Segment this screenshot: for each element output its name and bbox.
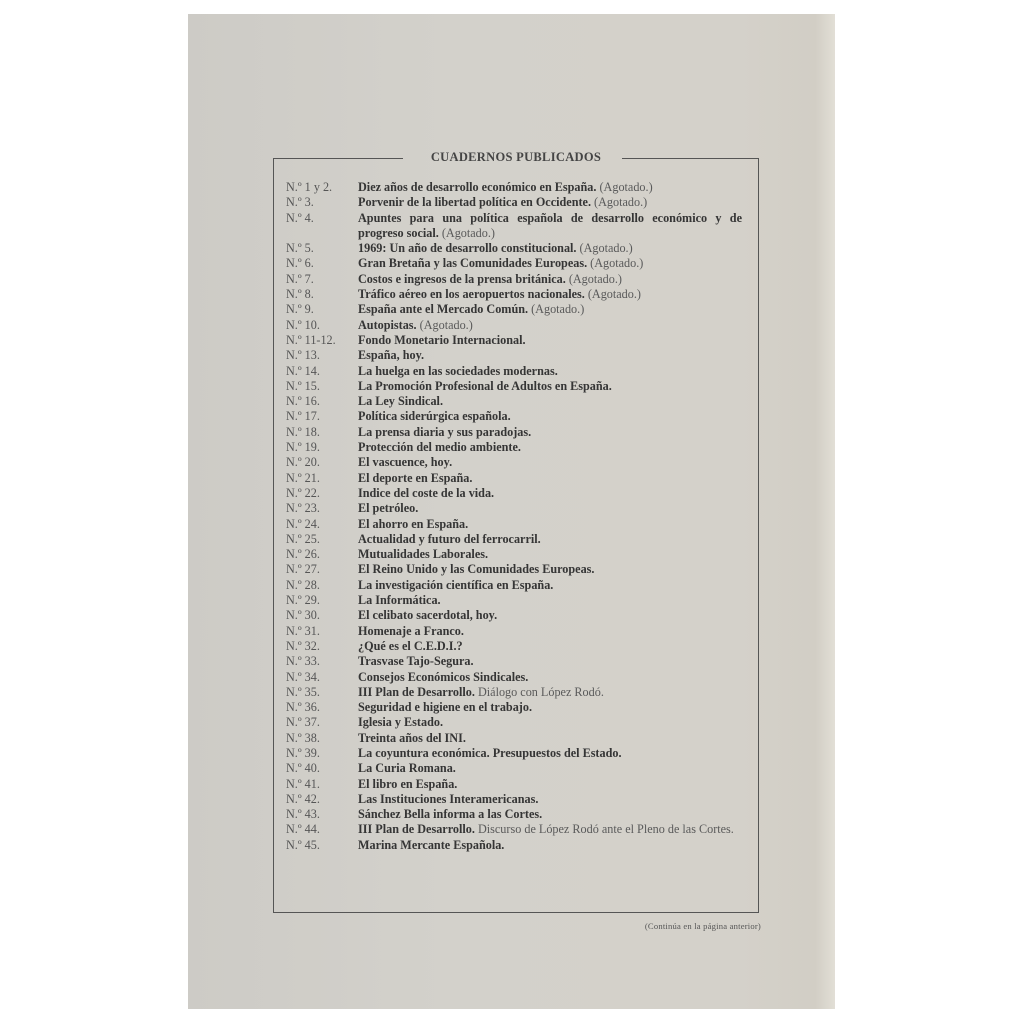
issue-entry: El libro en España. — [358, 777, 742, 792]
issue-number: N.º 9. — [286, 302, 358, 317]
list-item: N.º 14. La huelga en las sociedades mode… — [286, 364, 742, 379]
issue-title: La investigación científica en España. — [358, 578, 553, 592]
issue-entry: La huelga en las sociedades modernas. — [358, 364, 742, 379]
list-item: N.º 4. Apuntes para una política español… — [286, 211, 742, 242]
issue-title: Tráfico aéreo en los aeropuertos naciona… — [358, 287, 585, 301]
issue-entry: Homenaje a Franco. — [358, 624, 742, 639]
issue-title: Las Instituciones Interamericanas. — [358, 792, 538, 806]
issue-number: N.º 5. — [286, 241, 358, 256]
issue-number: N.º 30. — [286, 608, 358, 623]
issue-title: Porvenir de la libertad política en Occi… — [358, 195, 591, 209]
book-page: CUADERNOS PUBLICADOS N.º 1 y 2. Diez año… — [188, 14, 835, 1009]
issue-title: Consejos Económicos Sindicales. — [358, 670, 528, 684]
issue-entry: El vascuence, hoy. — [358, 455, 742, 470]
list-item: N.º 21. El deporte en España. — [286, 471, 742, 486]
box-heading: CUADERNOS PUBLICADOS — [274, 150, 758, 165]
issue-note: (Agotado.) — [588, 287, 641, 301]
issue-number: N.º 10. — [286, 318, 358, 333]
issue-title: La coyuntura económica. Presupuestos del… — [358, 746, 622, 760]
list-item: N.º 43. Sánchez Bella informa a las Cort… — [286, 807, 742, 822]
issue-entry: Sánchez Bella informa a las Cortes. — [358, 807, 742, 822]
issue-entry: Porvenir de la libertad política en Occi… — [358, 195, 742, 210]
issue-entry: Las Instituciones Interamericanas. — [358, 792, 742, 807]
issue-number: N.º 20. — [286, 455, 358, 470]
publications-box: CUADERNOS PUBLICADOS N.º 1 y 2. Diez año… — [273, 158, 759, 913]
issue-number: N.º 25. — [286, 532, 358, 547]
issue-note: (Agotado.) — [569, 272, 622, 286]
list-item: N.º 23. El petróleo. — [286, 501, 742, 516]
issue-title: Autopistas. — [358, 318, 417, 332]
issue-title: Iglesia y Estado. — [358, 715, 443, 729]
issue-title: Mutualidades Laborales. — [358, 547, 488, 561]
issue-number: N.º 1 y 2. — [286, 180, 358, 195]
issue-number: N.º 17. — [286, 409, 358, 424]
issue-note: (Agotado.) — [590, 256, 643, 270]
issue-number: N.º 7. — [286, 272, 358, 287]
issue-entry: El petróleo. — [358, 501, 742, 516]
issue-entry: Tráfico aéreo en los aeropuertos naciona… — [358, 287, 742, 302]
issue-entry: La Promoción Profesional de Adultos en E… — [358, 379, 742, 394]
list-item: N.º 18. La prensa diaria y sus paradojas… — [286, 425, 742, 440]
list-item: N.º 1 y 2. Diez años de desarrollo econó… — [286, 180, 742, 195]
issue-number: N.º 41. — [286, 777, 358, 792]
issue-title: España ante el Mercado Común. — [358, 302, 528, 316]
list-item: N.º 42. Las Instituciones Interamericana… — [286, 792, 742, 807]
issue-number: N.º 22. — [286, 486, 358, 501]
issue-title: Política siderúrgica española. — [358, 409, 511, 423]
issue-number: N.º 16. — [286, 394, 358, 409]
issue-note: (Agotado.) — [594, 195, 647, 209]
issue-number: N.º 3. — [286, 195, 358, 210]
list-item: N.º 19. Protección del medio ambiente. — [286, 440, 742, 455]
list-item: N.º 45. Marina Mercante Española. — [286, 838, 742, 853]
issue-number: N.º 40. — [286, 761, 358, 776]
issue-entry: La Ley Sindical. — [358, 394, 742, 409]
issue-note: (Agotado.) — [531, 302, 584, 316]
issue-title: ¿Qué es el C.E.D.I.? — [358, 639, 463, 653]
issue-title: El celibato sacerdotal, hoy. — [358, 608, 497, 622]
issue-title: 1969: Un año de desarrollo constituciona… — [358, 241, 576, 255]
issue-number: N.º 44. — [286, 822, 358, 837]
list-item: N.º 25. Actualidad y futuro del ferrocar… — [286, 532, 742, 547]
issue-title: Apuntes para una política española de de… — [358, 211, 742, 240]
issue-entry: Actualidad y futuro del ferrocarril. — [358, 532, 742, 547]
issue-entry: Iglesia y Estado. — [358, 715, 742, 730]
issue-note: Diálogo con López Rodó. — [478, 685, 604, 699]
issue-number: N.º 39. — [286, 746, 358, 761]
list-item: N.º 20. El vascuence, hoy. — [286, 455, 742, 470]
continuation-note: (Continúa en la página anterior) — [645, 921, 761, 931]
list-item: N.º 9. España ante el Mercado Común. (Ag… — [286, 302, 742, 317]
issue-number: N.º 27. — [286, 562, 358, 577]
list-item: N.º 8. Tráfico aéreo en los aeropuertos … — [286, 287, 742, 302]
list-item: N.º 39. La coyuntura económica. Presupue… — [286, 746, 742, 761]
list-item: N.º 16. La Ley Sindical. — [286, 394, 742, 409]
list-item: N.º 35. III Plan de Desarrollo. Diálogo … — [286, 685, 742, 700]
publication-list: N.º 1 y 2. Diez años de desarrollo econó… — [286, 180, 742, 853]
list-item: N.º 44. III Plan de Desarrollo. Discurso… — [286, 822, 742, 837]
issue-title: La Curia Romana. — [358, 761, 456, 775]
list-item: N.º 17. Política siderúrgica española. — [286, 409, 742, 424]
issue-number: N.º 36. — [286, 700, 358, 715]
issue-title: Trasvase Tajo-Segura. — [358, 654, 474, 668]
issue-entry: La Informática. — [358, 593, 742, 608]
issue-title: España, hoy. — [358, 348, 424, 362]
issue-title: La Informática. — [358, 593, 441, 607]
issue-title: La Promoción Profesional de Adultos en E… — [358, 379, 612, 393]
issue-number: N.º 45. — [286, 838, 358, 853]
issue-number: N.º 42. — [286, 792, 358, 807]
issue-title: El libro en España. — [358, 777, 457, 791]
issue-title: Seguridad e higiene en el trabajo. — [358, 700, 532, 714]
issue-note: (Agotado.) — [600, 180, 653, 194]
issue-entry: 1969: Un año de desarrollo constituciona… — [358, 241, 742, 256]
list-item: N.º 7. Costos e ingresos de la prensa br… — [286, 272, 742, 287]
issue-number: N.º 37. — [286, 715, 358, 730]
issue-entry: Política siderúrgica española. — [358, 409, 742, 424]
issue-number: N.º 6. — [286, 256, 358, 271]
issue-title: Diez años de desarrollo económico en Esp… — [358, 180, 596, 194]
issue-title: Homenaje a Franco. — [358, 624, 464, 638]
issue-title: Fondo Monetario Internacional. — [358, 333, 526, 347]
issue-entry: ¿Qué es el C.E.D.I.? — [358, 639, 742, 654]
issue-number: N.º 21. — [286, 471, 358, 486]
issue-entry: El celibato sacerdotal, hoy. — [358, 608, 742, 623]
list-item: N.º 10. Autopistas. (Agotado.) — [286, 318, 742, 333]
issue-entry: Protección del medio ambiente. — [358, 440, 742, 455]
issue-title: Protección del medio ambiente. — [358, 440, 521, 454]
issue-note: (Agotado.) — [420, 318, 473, 332]
issue-number: N.º 29. — [286, 593, 358, 608]
list-item: N.º 3. Porvenir de la libertad política … — [286, 195, 742, 210]
list-item: N.º 41. El libro en España. — [286, 777, 742, 792]
issue-title: Gran Bretaña y las Comunidades Europeas. — [358, 256, 587, 270]
issue-note: (Agotado.) — [442, 226, 495, 240]
issue-number: N.º 31. — [286, 624, 358, 639]
issue-title: III Plan de Desarrollo. — [358, 685, 475, 699]
issue-number: N.º 32. — [286, 639, 358, 654]
list-item: N.º 15. La Promoción Profesional de Adul… — [286, 379, 742, 394]
list-item: N.º 32. ¿Qué es el C.E.D.I.? — [286, 639, 742, 654]
issue-number: N.º 4. — [286, 211, 358, 242]
issue-number: N.º 11-12. — [286, 333, 358, 348]
issue-number: N.º 26. — [286, 547, 358, 562]
list-item: N.º 36. Seguridad e higiene en el trabaj… — [286, 700, 742, 715]
issue-title: El Reino Unido y las Comunidades Europea… — [358, 562, 594, 576]
issue-number: N.º 15. — [286, 379, 358, 394]
issue-title: Actualidad y futuro del ferrocarril. — [358, 532, 541, 546]
issue-entry: Diez años de desarrollo económico en Esp… — [358, 180, 742, 195]
list-item: N.º 28. La investigación científica en E… — [286, 578, 742, 593]
issue-number: N.º 34. — [286, 670, 358, 685]
list-item: N.º 31. Homenaje a Franco. — [286, 624, 742, 639]
issue-entry: Trasvase Tajo-Segura. — [358, 654, 742, 669]
issue-title: El petróleo. — [358, 501, 418, 515]
issue-entry: El deporte en España. — [358, 471, 742, 486]
issue-title: El ahorro en España. — [358, 517, 468, 531]
issue-number: N.º 19. — [286, 440, 358, 455]
list-item: N.º 38. Treinta años del INI. — [286, 731, 742, 746]
issue-title: Indice del coste de la vida. — [358, 486, 494, 500]
issue-title: Treinta años del INI. — [358, 731, 466, 745]
issue-number: N.º 24. — [286, 517, 358, 532]
issue-entry: España ante el Mercado Común. (Agotado.) — [358, 302, 742, 317]
issue-title: Sánchez Bella informa a las Cortes. — [358, 807, 542, 821]
issue-note: Discurso de López Rodó ante el Pleno de … — [478, 822, 734, 836]
issue-number: N.º 43. — [286, 807, 358, 822]
list-item: N.º 5. 1969: Un año de desarrollo consti… — [286, 241, 742, 256]
issue-title: El deporte en España. — [358, 471, 472, 485]
issue-number: N.º 18. — [286, 425, 358, 440]
list-item: N.º 30. El celibato sacerdotal, hoy. — [286, 608, 742, 623]
issue-title: Costos e ingresos de la prensa británica… — [358, 272, 566, 286]
issue-entry: III Plan de Desarrollo. Diálogo con Lópe… — [358, 685, 742, 700]
issue-title: La huelga en las sociedades modernas. — [358, 364, 558, 378]
list-item: N.º 27. El Reino Unido y las Comunidades… — [286, 562, 742, 577]
issue-entry: Indice del coste de la vida. — [358, 486, 742, 501]
issue-note: (Agotado.) — [580, 241, 633, 255]
list-item: N.º 26. Mutualidades Laborales. — [286, 547, 742, 562]
issue-number: N.º 23. — [286, 501, 358, 516]
issue-title: Marina Mercante Española. — [358, 838, 504, 852]
issue-entry: La Curia Romana. — [358, 761, 742, 776]
issue-number: N.º 35. — [286, 685, 358, 700]
list-item: N.º 34. Consejos Económicos Sindicales. — [286, 670, 742, 685]
issue-entry: Autopistas. (Agotado.) — [358, 318, 742, 333]
issue-entry: III Plan de Desarrollo. Discurso de Lópe… — [358, 822, 742, 837]
issue-entry: La investigación científica en España. — [358, 578, 742, 593]
issue-entry: Gran Bretaña y las Comunidades Europeas.… — [358, 256, 742, 271]
issue-title: La Ley Sindical. — [358, 394, 443, 408]
issue-entry: Treinta años del INI. — [358, 731, 742, 746]
list-item: N.º 11-12. Fondo Monetario Internacional… — [286, 333, 742, 348]
issue-entry: Seguridad e higiene en el trabajo. — [358, 700, 742, 715]
list-item: N.º 40. La Curia Romana. — [286, 761, 742, 776]
issue-number: N.º 14. — [286, 364, 358, 379]
issue-entry: La coyuntura económica. Presupuestos del… — [358, 746, 742, 761]
issue-entry: España, hoy. — [358, 348, 742, 363]
list-item: N.º 6. Gran Bretaña y las Comunidades Eu… — [286, 256, 742, 271]
list-item: N.º 37. Iglesia y Estado. — [286, 715, 742, 730]
issue-entry: Apuntes para una política española de de… — [358, 211, 742, 242]
issue-entry: El Reino Unido y las Comunidades Europea… — [358, 562, 742, 577]
list-item: N.º 22. Indice del coste de la vida. — [286, 486, 742, 501]
list-item: N.º 29. La Informática. — [286, 593, 742, 608]
issue-entry: Fondo Monetario Internacional. — [358, 333, 742, 348]
issue-entry: Marina Mercante Española. — [358, 838, 742, 853]
issue-title: La prensa diaria y sus paradojas. — [358, 425, 531, 439]
issue-number: N.º 28. — [286, 578, 358, 593]
issue-entry: Costos e ingresos de la prensa británica… — [358, 272, 742, 287]
issue-number: N.º 33. — [286, 654, 358, 669]
list-item: N.º 33. Trasvase Tajo-Segura. — [286, 654, 742, 669]
issue-title: El vascuence, hoy. — [358, 455, 452, 469]
issue-entry: Mutualidades Laborales. — [358, 547, 742, 562]
issue-entry: La prensa diaria y sus paradojas. — [358, 425, 742, 440]
issue-number: N.º 13. — [286, 348, 358, 363]
list-item: N.º 13. España, hoy. — [286, 348, 742, 363]
issue-entry: Consejos Económicos Sindicales. — [358, 670, 742, 685]
issue-entry: El ahorro en España. — [358, 517, 742, 532]
list-item: N.º 24. El ahorro en España. — [286, 517, 742, 532]
issue-number: N.º 38. — [286, 731, 358, 746]
issue-number: N.º 8. — [286, 287, 358, 302]
issue-title: III Plan de Desarrollo. — [358, 822, 475, 836]
